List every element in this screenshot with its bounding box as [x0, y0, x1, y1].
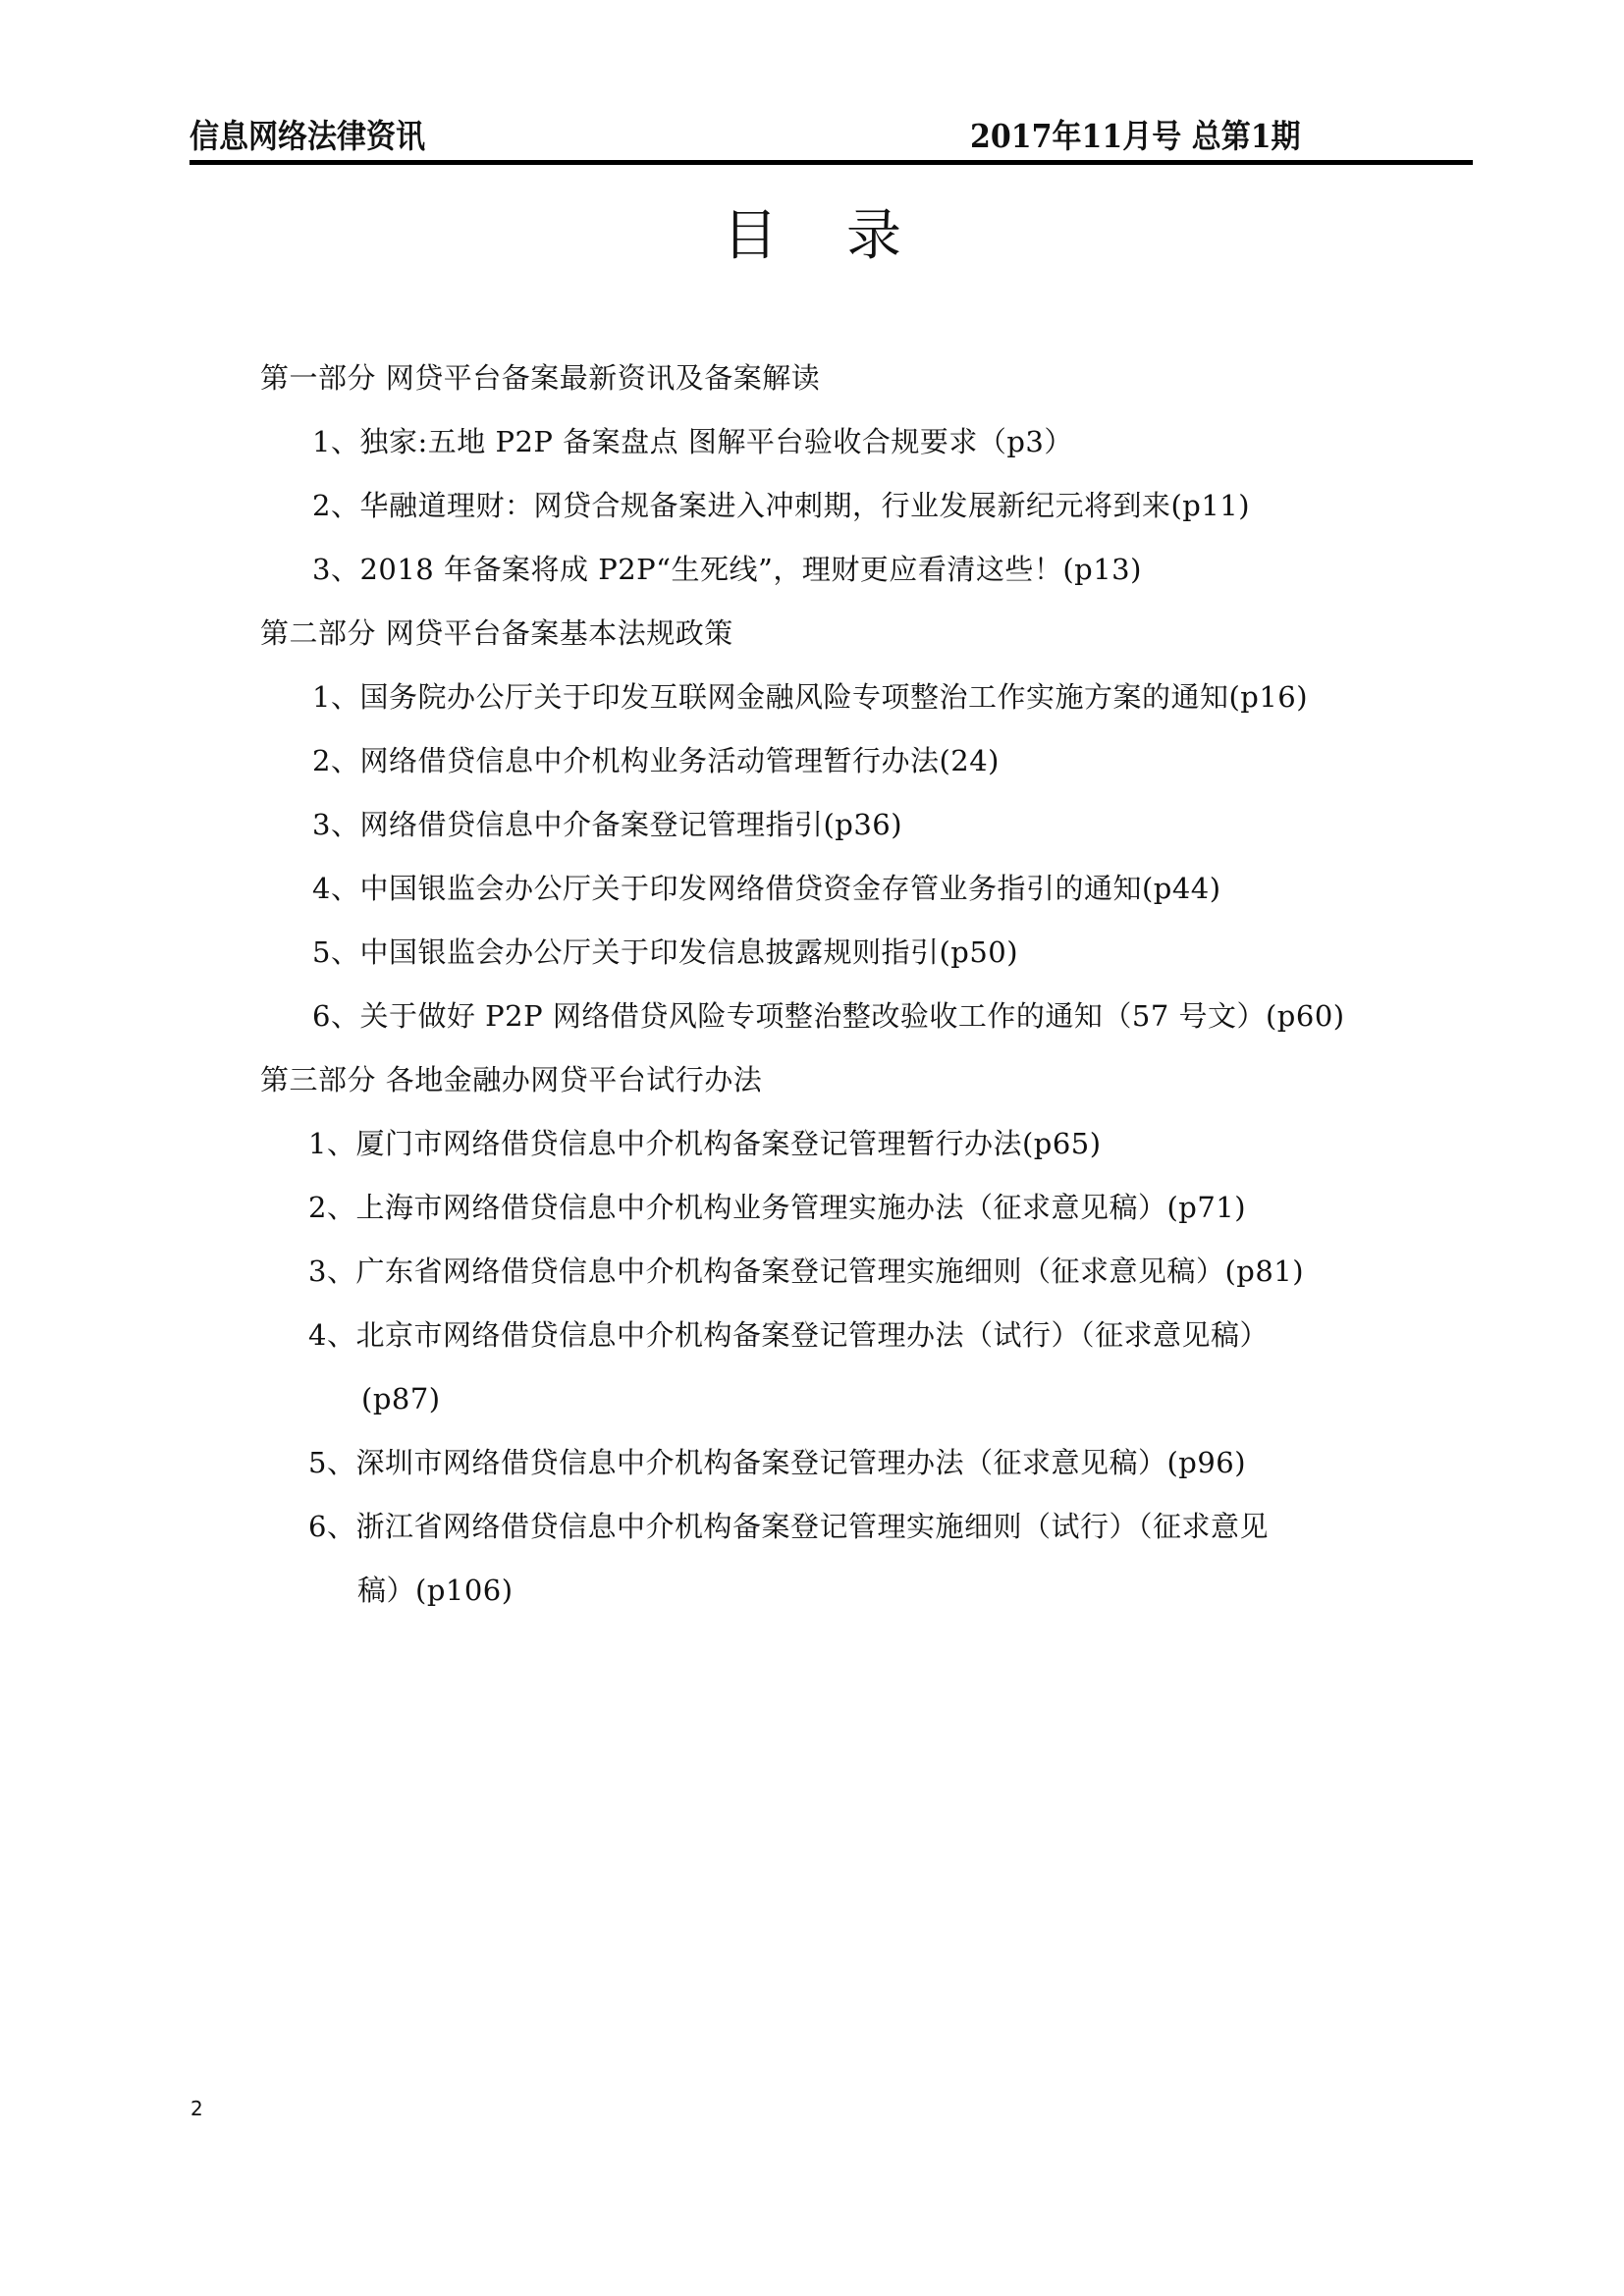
toc-entry[interactable]: 1、国务院办公厅关于印发互联网金融风险专项整治工作实施方案的通知(p16) — [312, 677, 1308, 717]
toc-entry-continuation[interactable]: 稿）(p106) — [357, 1571, 514, 1610]
toc-entry-continuation[interactable]: (p87) — [361, 1379, 441, 1418]
running-header: 信息网络法律资讯 2017年11月号 总第1期 — [189, 116, 1478, 159]
toc-entry[interactable]: 6、浙江省网络借贷信息中介机构备案登记管理实施细则（试行）（征求意见 — [308, 1507, 1269, 1546]
toc-entry[interactable]: 1、厦门市网络借贷信息中介机构备案登记管理暂行办法(p65) — [308, 1124, 1102, 1163]
toc-entry[interactable]: 3、网络借贷信息中介备案登记管理指引(p36) — [312, 805, 902, 844]
toc-entry[interactable]: 5、深圳市网络借贷信息中介机构备案登记管理办法（征求意见稿）(p96) — [308, 1443, 1246, 1482]
page-title-char-1: 目 — [723, 201, 778, 272]
toc-section-heading[interactable]: 第二部分 网贷平台备案基本法规政策 — [260, 614, 733, 653]
toc-entry[interactable]: 4、北京市网络借贷信息中介机构备案登记管理办法（试行）（征求意见稿） — [308, 1315, 1269, 1355]
toc-entry[interactable]: 2、网络借贷信息中介机构业务活动管理暂行办法(24) — [312, 741, 1000, 780]
toc-entry[interactable]: 5、中国银监会办公厅关于印发信息披露规则指引(p50) — [312, 933, 1018, 972]
page-title: 目录 — [0, 201, 1624, 272]
toc-entry[interactable]: 3、广东省网络借贷信息中介机构备案登记管理实施细则（征求意见稿）(p81) — [308, 1252, 1304, 1291]
toc-section-heading[interactable]: 第三部分 各地金融办网贷平台试行办法 — [260, 1060, 762, 1099]
toc-section-heading[interactable]: 第一部分 网贷平台备案最新资讯及备案解读 — [260, 358, 820, 398]
toc-entry[interactable]: 1、独家:五地 P2P 备案盘点 图解平台验收合规要求（p3） — [312, 422, 1073, 461]
issue-info: 2017年11月号 总第1期 — [970, 116, 1301, 159]
toc-entry[interactable]: 4、中国银监会办公厅关于印发网络借贷资金存管业务指引的通知(p44) — [312, 869, 1221, 908]
toc-entry[interactable]: 2、上海市网络借贷信息中介机构业务管理实施办法（征求意见稿）(p71) — [308, 1188, 1246, 1227]
publication-name: 信息网络法律资讯 — [189, 116, 425, 159]
toc-entry[interactable]: 2、华融道理财：网贷合规备案进入冲刺期，行业发展新纪元将到来(p11) — [312, 486, 1250, 525]
page-number: 2 — [190, 2096, 203, 2121]
toc-entry[interactable]: 3、2018 年备案将成 P2P“生死线”，理财更应看清这些！(p13) — [312, 550, 1142, 589]
page-title-char-2: 录 — [846, 201, 901, 272]
header-divider — [189, 160, 1473, 165]
toc-entry[interactable]: 6、关于做好 P2P 网络借贷风险专项整治整改验收工作的通知（57 号文）(p6… — [312, 996, 1345, 1036]
